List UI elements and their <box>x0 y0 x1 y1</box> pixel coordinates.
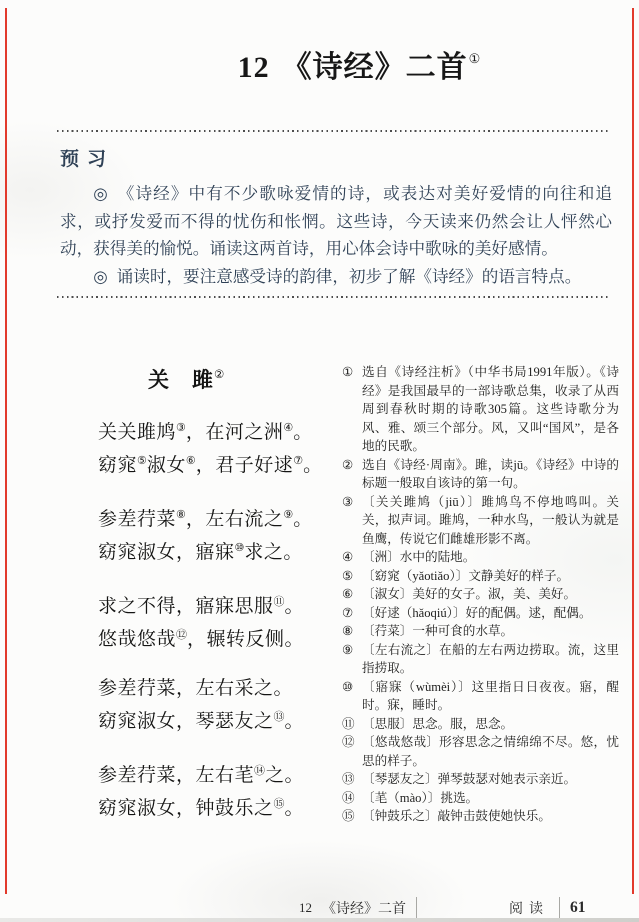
poem-stanza: 参差荇菜，左右芼⑭之。窈窕淑女，钟鼓乐之⑮。 <box>98 757 338 823</box>
title-note-ref: ① <box>469 51 482 66</box>
annotation-text: 〔芼（mào）〕挑选。 <box>362 789 619 808</box>
annotation-item: ⑪〔思服〕思念。服，思念。 <box>342 715 619 734</box>
preview-paragraph: ◎诵读时，要注意感受诗的韵律，初步了解《诗经》的语言特点。 <box>60 263 612 291</box>
annotation-number: ⑫ <box>342 733 362 770</box>
poem-title-text: 关 雎 <box>148 368 214 392</box>
annotation-item: ⑤〔窈窕（yǎotiǎo）〕文静美好的样子。 <box>342 567 619 586</box>
poem-line: 窈窕⑤淑女⑥，君子好逑⑦。 <box>98 447 338 480</box>
annotation-text: 〔荇菜〕一种可食的水草。 <box>362 622 619 641</box>
poem-title: 关 雎② <box>148 364 338 394</box>
poem-stanza: 求之不得，寤寐思服⑪。悠哉悠哉⑫，辗转反侧。 <box>98 588 338 654</box>
poem-note-ref: ⑤ <box>137 455 147 467</box>
annotation-item: ⑧〔荇菜〕一种可食的水草。 <box>342 622 619 641</box>
poem-stanza: 参差荇菜⑧，左右流之⑨。窈窕淑女，寤寐⑩求之。 <box>98 501 338 567</box>
annotation-text: 〔好逑（hǎoqiú）〕好的配偶。逑，配偶。 <box>362 604 619 623</box>
annotation-number: ⑧ <box>342 622 362 641</box>
circle-bullet-icon: ◎ <box>93 184 109 203</box>
poem-stanza: 参差荇菜，左右采之。窈窕淑女，琴瑟友之⑬。 <box>98 675 338 736</box>
annotation-item: ③〔关关雎鸠（jiū）〕雎鸠鸟不停地鸣叫。关关，拟声词。雎鸠，一种水鸟，一般认为… <box>342 493 619 549</box>
annotation-item: ①选自《诗经注析》（中华书局1991年版）。《诗经》是我国最早的一部诗歌总集，收… <box>342 363 619 456</box>
annotation-number: ② <box>342 456 362 493</box>
annotation-number: ⑮ <box>342 807 362 826</box>
annotation-number: ④ <box>342 548 362 567</box>
annotation-item: ⑫〔悠哉悠哉〕形容思念之情绵绵不尽。悠，忧思的样子。 <box>342 733 619 770</box>
annotation-number: ① <box>342 363 362 456</box>
poem-section: 关 雎② 关关雎鸠③，在河之洲④。窈窕⑤淑女⑥，君子好逑⑦。参差荇菜⑧，左右流之… <box>98 364 338 844</box>
annotation-item: ⑥〔淑女〕美好的女子。淑，美、美好。 <box>342 585 619 604</box>
poem-line: 参差荇菜⑧，左右流之⑨。 <box>98 501 338 534</box>
poem-note-ref: ⑧ <box>176 509 186 521</box>
preview-paragraph-text: 诵读时，要注意感受诗的韵律，初步了解《诗经》的语言特点。 <box>117 267 582 286</box>
footer-lesson-title: 《诗经》二首 <box>322 898 406 918</box>
lesson-title-text: 《诗经》二首 <box>282 51 468 84</box>
annotation-text: 〔寤寐（wùmèi）〕这里指日日夜夜。寤，醒时。寐，睡时。 <box>362 678 619 715</box>
annotation-number: ⑬ <box>342 770 362 789</box>
page-title: 12《诗经》二首① <box>0 42 639 86</box>
annotation-number: ⑥ <box>342 585 362 604</box>
annotation-text: 〔琴瑟友之〕弹琴鼓瑟对她表示亲近。 <box>362 770 619 789</box>
annotation-text: 〔左右流之〕在船的左右两边捞取。流，这里指捞取。 <box>362 641 619 678</box>
footer-divider <box>416 897 417 919</box>
page-edge-line-left <box>5 8 7 894</box>
poem-line: 关关雎鸠③，在河之洲④。 <box>98 414 338 447</box>
page-edge-line-right <box>632 8 634 894</box>
poem-note-ref: ③ <box>176 422 186 434</box>
poem-line: 求之不得，寤寐思服⑪。 <box>98 588 338 621</box>
annotation-text: 〔窈窕（yǎotiǎo）〕文静美好的样子。 <box>362 567 619 586</box>
annotation-text: 〔钟鼓乐之〕敲钟击鼓使她快乐。 <box>362 807 619 826</box>
annotation-text: 〔悠哉悠哉〕形容思念之情绵绵不尽。悠，忧思的样子。 <box>362 733 619 770</box>
poem-note-ref: ⑬ <box>274 711 285 723</box>
annotation-text: 〔关关雎鸠（jiū）〕雎鸠鸟不停地鸣叫。关关，拟声词。雎鸠，一种水鸟，一般认为就… <box>362 493 619 549</box>
textbook-page: 12《诗经》二首① 预习 ◎《诗经》中有不少歌咏爱情的诗，或表达对美好爱情的向往… <box>0 0 639 922</box>
annotation-text: 〔思服〕思念。服，思念。 <box>362 715 619 734</box>
poem-line: 悠哉悠哉⑫，辗转反侧。 <box>98 621 338 654</box>
annotation-item: ⑦〔好逑（hǎoqiú）〕好的配偶。逑，配偶。 <box>342 604 619 623</box>
footer-divider <box>559 897 560 919</box>
poem-stanza: 关关雎鸠③，在河之洲④。窈窕⑤淑女⑥，君子好逑⑦。 <box>98 414 338 480</box>
poem-title-note-ref: ② <box>214 369 225 381</box>
poem-line: 窈窕淑女，琴瑟友之⑬。 <box>98 703 338 736</box>
annotation-item: ⑨〔左右流之〕在船的左右两边捞取。流，这里指捞取。 <box>342 641 619 678</box>
circle-bullet-icon: ◎ <box>93 267 107 286</box>
poem-line: 参差荇菜，左右芼⑭之。 <box>98 757 338 790</box>
poem-stanzas: 关关雎鸠③，在河之洲④。窈窕⑤淑女⑥，君子好逑⑦。参差荇菜⑧，左右流之⑨。窈窕淑… <box>98 414 338 823</box>
annotations-column: ①选自《诗经注析》（中华书局1991年版）。《诗经》是我国最早的一部诗歌总集，收… <box>342 363 619 826</box>
lesson-number: 12 <box>238 51 270 84</box>
poem-line: 窈窕淑女，钟鼓乐之⑮。 <box>98 790 338 823</box>
footer-lesson: 12 《诗经》二首 <box>299 896 427 920</box>
annotation-number: ⑦ <box>342 604 362 623</box>
annotation-item: ⑬〔琴瑟友之〕弹琴鼓瑟对她表示亲近。 <box>342 770 619 789</box>
poem-note-ref: ⑨ <box>283 509 293 521</box>
annotation-number: ③ <box>342 493 362 549</box>
preview-paragraph: ◎《诗经》中有不少歌咏爱情的诗，或表达对美好爱情的向往和追求，或抒发爱而不得的忧… <box>60 180 612 263</box>
annotation-text: 〔淑女〕美好的女子。淑，美、美好。 <box>362 585 619 604</box>
poem-note-ref: ⑫ <box>176 629 187 641</box>
footer-section: 阅读 61 <box>509 896 586 920</box>
footer-page-number: 61 <box>570 899 586 917</box>
footer-section-label: 阅读 <box>509 898 549 918</box>
poem-note-ref: ⑦ <box>293 455 303 467</box>
annotation-number: ⑤ <box>342 567 362 586</box>
annotation-number: ⑭ <box>342 789 362 808</box>
annotation-item: ⑭〔芼（mào）〕挑选。 <box>342 789 619 808</box>
annotation-number: ⑩ <box>342 678 362 715</box>
poem-note-ref: ⑭ <box>254 765 265 777</box>
annotation-text: 〔洲〕水中的陆地。 <box>362 548 619 567</box>
annotation-item: ⑮〔钟鼓乐之〕敲钟击鼓使她快乐。 <box>342 807 619 826</box>
annotation-number: ⑨ <box>342 641 362 678</box>
annotation-item: ④〔洲〕水中的陆地。 <box>342 548 619 567</box>
annotation-item: ⑩〔寤寐（wùmèi）〕这里指日日夜夜。寤，醒时。寐，睡时。 <box>342 678 619 715</box>
dotted-divider-top <box>57 130 608 132</box>
poem-note-ref: ⑮ <box>274 798 285 810</box>
poem-note-ref: ⑩ <box>235 542 245 554</box>
footer-lesson-number: 12 <box>299 900 312 916</box>
preview-paragraph-text: 《诗经》中有不少歌咏爱情的诗，或表达对美好爱情的向往和追求，或抒发爱而不得的忧伤… <box>60 184 612 258</box>
poem-line: 窈窕淑女，寤寐⑩求之。 <box>98 534 338 567</box>
poem-note-ref: ④ <box>283 422 293 434</box>
poem-note-ref: ⑥ <box>186 455 196 467</box>
annotation-number: ⑪ <box>342 715 362 734</box>
dotted-divider-bottom <box>57 296 608 298</box>
preview-heading: 预习 <box>60 144 612 171</box>
annotation-item: ②选自《诗经·周南》。雎，读jū。《诗经》中诗的标题一般取自该诗的第一句。 <box>342 456 619 493</box>
annotation-text: 选自《诗经注析》（中华书局1991年版）。《诗经》是我国最早的一部诗歌总集，收录… <box>362 363 619 456</box>
poem-note-ref: ⑪ <box>274 596 285 608</box>
annotation-text: 选自《诗经·周南》。雎，读jū。《诗经》中诗的标题一般取自该诗的第一句。 <box>362 456 619 493</box>
poem-line: 参差荇菜，左右采之。 <box>98 675 338 703</box>
scan-bottom-edge <box>0 918 639 922</box>
preview-section: 预习 ◎《诗经》中有不少歌咏爱情的诗，或表达对美好爱情的向往和追求，或抒发爱而不… <box>60 144 612 290</box>
